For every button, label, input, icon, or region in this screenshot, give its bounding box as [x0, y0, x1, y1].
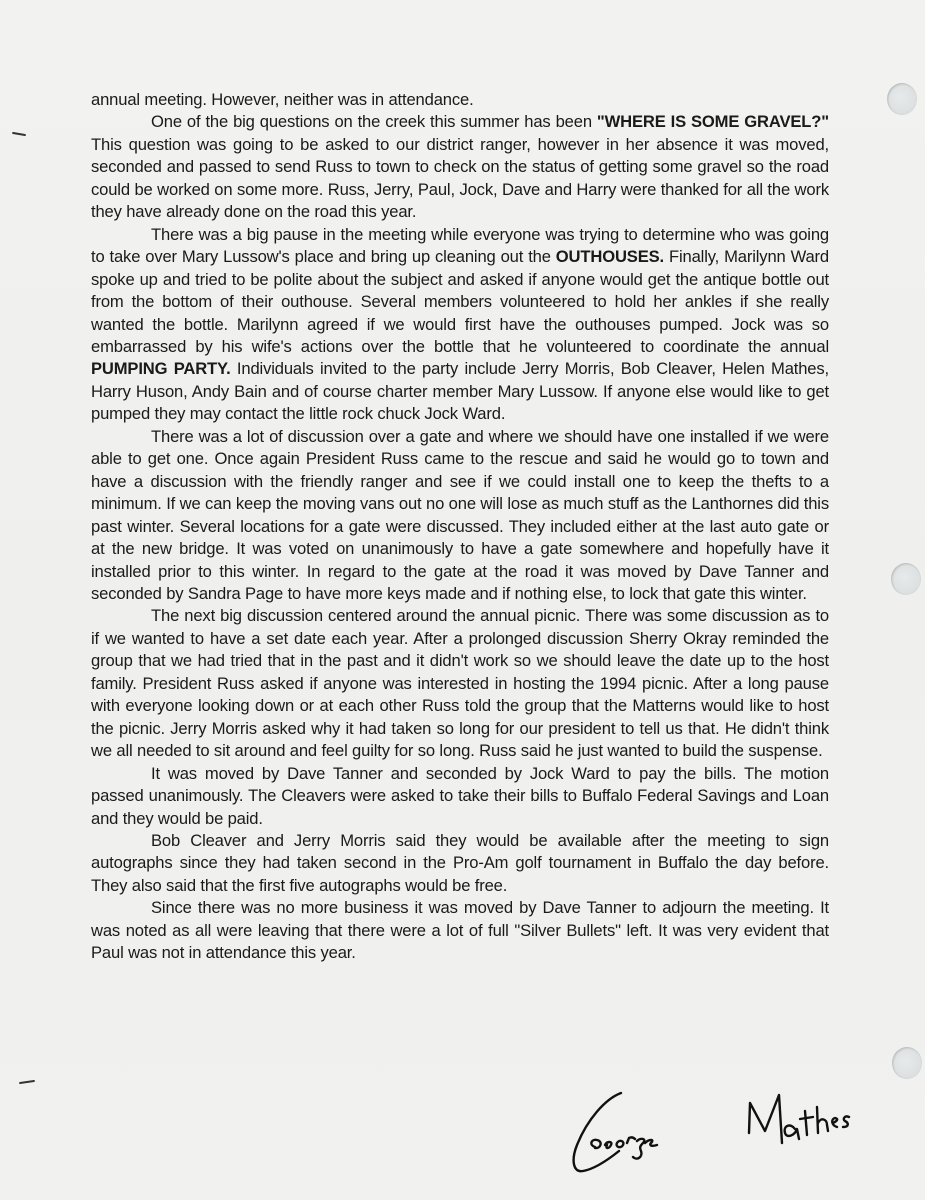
text-segment: This question was going to be asked to o… — [91, 135, 829, 221]
emphasis-text: "WHERE IS SOME GRAVEL?" — [597, 112, 829, 131]
paragraph: The next big discussion centered around … — [91, 605, 829, 762]
hole-punch-middle — [891, 563, 921, 595]
hole-punch-bottom — [892, 1047, 922, 1079]
paragraph: One of the big questions on the creek th… — [91, 111, 829, 223]
emphasis-text: OUTHOUSES. — [556, 247, 664, 266]
paragraph: There was a lot of discussion over a gat… — [91, 426, 829, 606]
text-segment: Since there was no more business it was … — [91, 898, 829, 962]
hole-punch-top — [887, 83, 917, 115]
paragraph: It was moved by Dave Tanner and seconded… — [91, 763, 829, 830]
document-body: annual meeting. However, neither was in … — [91, 89, 829, 965]
emphasis-text: PUMPING PARTY. — [91, 359, 231, 378]
paragraph: Bob Cleaver and Jerry Morris said they w… — [91, 830, 829, 897]
text-segment: There was a lot of discussion over a gat… — [91, 427, 829, 603]
text-segment: It was moved by Dave Tanner and seconded… — [91, 764, 829, 828]
text-segment: One of the big questions on the creek th… — [151, 112, 597, 131]
text-segment: annual meeting. However, neither was in … — [91, 90, 474, 109]
margin-mark-top — [12, 132, 26, 136]
margin-mark-bottom — [19, 1080, 35, 1084]
scanned-page: annual meeting. However, neither was in … — [0, 0, 925, 1200]
text-segment: The next big discussion centered around … — [91, 606, 829, 760]
text-segment: Bob Cleaver and Jerry Morris said they w… — [91, 831, 829, 895]
signature: George Mathes — [565, 1085, 855, 1185]
paragraph: annual meeting. However, neither was in … — [91, 89, 829, 111]
paragraph: Since there was no more business it was … — [91, 897, 829, 964]
paragraph: There was a big pause in the meeting whi… — [91, 224, 829, 426]
signature-george-mathes: George Mathes — [565, 1085, 855, 1185]
